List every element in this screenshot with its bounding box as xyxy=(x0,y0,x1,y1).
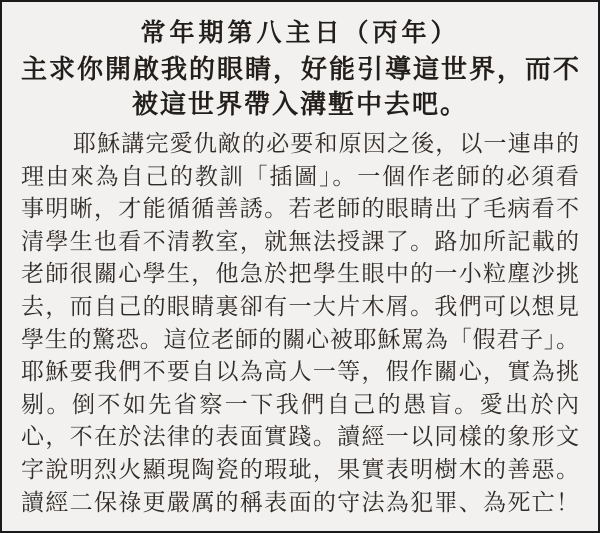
body-line: 清學生也看不清教室，就無法授課了。路加所記載的 xyxy=(21,226,579,259)
prayer-line-1: 主求你開啟我的眼睛，好能引導這世界，而不 xyxy=(21,52,579,87)
prayer-line-2: 被這世界帶入溝塹中去吧。 xyxy=(21,87,579,122)
body-line: 學生的驚恐。這位老師的關心被耶穌罵為「假君子」。 xyxy=(21,324,579,357)
body-line: 理由來為自己的教訓「插圖」。一個作老師的必須看 xyxy=(21,161,579,194)
body-line: 讀經二保祿更嚴厲的稱表面的守法為犯罪、為死亡！ xyxy=(21,487,579,520)
scanned-document-page: 常年期第八主日（丙年） 主求你開啟我的眼睛，好能引導這世界，而不 被這世界帶入溝… xyxy=(0,0,600,533)
body-line: 耶穌要我們不要自以為高人一等，假作關心，實為挑 xyxy=(21,356,579,389)
body-line: 剔。倒不如先省察一下我們自己的愚盲。愛出於內 xyxy=(21,389,579,422)
body-line: 心，不在於法律的表面實踐。讀經一以同樣的象形文 xyxy=(21,421,579,454)
body-line: 去，而自己的眼睛裏卻有一大片木屑。我們可以想見 xyxy=(21,291,579,324)
body-line: 事明晰，才能循循善誘。若老師的眼睛出了毛病看不 xyxy=(21,193,579,226)
body-line: 字說明烈火顯現陶瓷的瑕玼，果實表明樹木的善惡。 xyxy=(21,454,579,487)
body-line: 老師很關心學生，他急於把學生眼中的一小粒塵沙挑 xyxy=(21,258,579,291)
body-line: 耶穌講完愛仇敵的必要和原因之後，以一連串的 xyxy=(21,128,579,161)
commentary-paragraph: 耶穌講完愛仇敵的必要和原因之後，以一連串的 理由來為自己的教訓「插圖」。一個作老… xyxy=(21,128,579,519)
page-title: 常年期第八主日（丙年） xyxy=(21,15,579,52)
